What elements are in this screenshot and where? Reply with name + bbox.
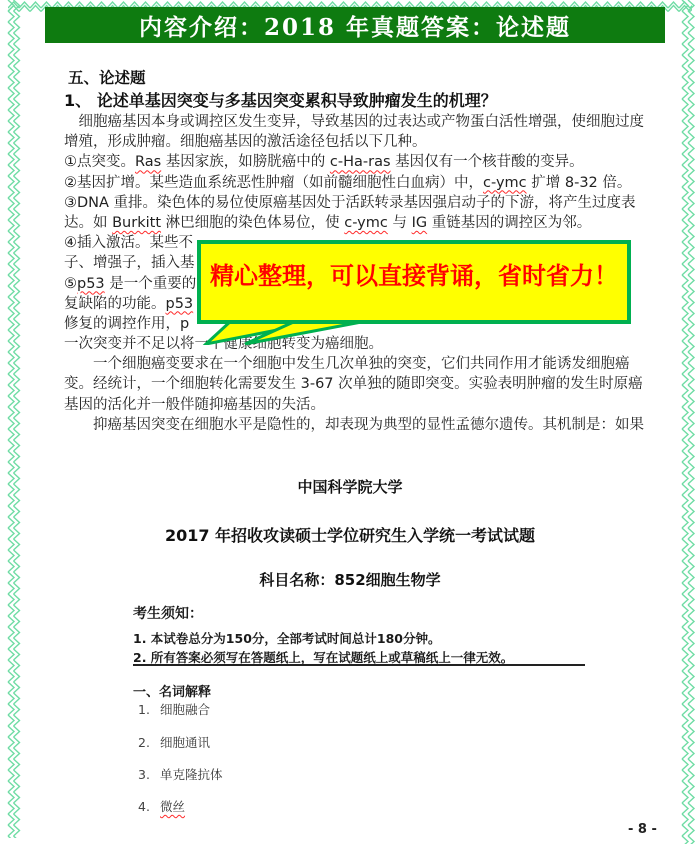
- text-run: 子、增强子，插入基: [64, 255, 195, 271]
- misspelled-word: 微丝: [160, 799, 185, 814]
- misspelled-word: c-ymc: [344, 215, 388, 231]
- text-run: 淋巴细胞的染色体易位，使: [161, 215, 344, 231]
- essay-line: 一个细胞癌变要求在一个细胞中发生几次单独的突变，它们共同作用才能诱发细胞癌: [64, 354, 646, 374]
- misspelled-word: p53: [77, 276, 105, 292]
- list-item-label: 微丝: [160, 799, 185, 814]
- list-item: 3.单克隆抗体: [138, 765, 223, 783]
- document-page: 内容介绍：2018 年真题答案：论述题 五、论述题 1、 论述单基因突变与多基因…: [0, 0, 700, 844]
- essay-line: 基因的活化并一般伴随抑癌基因的失活。: [64, 395, 646, 415]
- exam-title: 2017 年招收攻读硕士学位研究生入学统一考试试题: [0, 523, 700, 546]
- text-run: ③DNA 重排。染色体的易位使原癌基因处于活跃转录基因强启动子的下游，将产生过度…: [64, 195, 636, 211]
- essay-line: 变。经统计，一个细胞转化需要发生 3-67 次单独的随即突变。实验表明肿瘤的发生…: [64, 374, 646, 394]
- list-item-number: 3.: [138, 767, 160, 782]
- text-run: 细胞癌基因本身或调控区发生变异，导致基因的过表达或产物蛋白活性增强，使细胞过度: [79, 114, 645, 130]
- text-run: 增殖，形成肿瘤。细胞癌基因的激活途径包括以下几种。: [64, 134, 427, 150]
- text-run: 基因的活化并一般伴随抑癌基因的失活。: [64, 397, 325, 413]
- header-banner-title: 内容介绍：2018 年真题答案：论述题: [139, 9, 571, 42]
- notice-item: 1. 本试卷总分为150分，全部考试时间总计180分钟。: [133, 629, 440, 647]
- text-run: 基因仅有一个核苷酸的变异。: [391, 154, 584, 170]
- divider-rule: [133, 664, 585, 666]
- text-run: 扩增 8-32 倍。: [527, 175, 632, 191]
- text-run: 与: [388, 215, 412, 231]
- notice-heading: 考生须知：: [133, 603, 203, 623]
- text-run: 单克隆抗体: [160, 767, 223, 782]
- essay-line: 达。如 Burkitt 淋巴细胞的染色体易位，使 c-ymc 与 IG 重链基因…: [64, 213, 646, 233]
- page-number: - 8 -: [628, 822, 657, 837]
- list-item-number: 1.: [138, 702, 160, 717]
- essay-line: ③DNA 重排。染色体的易位使原癌基因处于活跃转录基因强启动子的下游，将产生过度…: [64, 193, 646, 213]
- text-run: ②基因扩增。某些造血系统恶性肿瘤（如前髓细胞性白血病）中，: [64, 175, 483, 191]
- callout-bubble: 精心整理，可以直接背诵，省时省力！: [197, 240, 631, 324]
- text-run: ①点突变。: [64, 154, 135, 170]
- essay-line: 抑癌基因突变在细胞水平是隐性的，却表现为典型的显性孟德尔遗传。其机制是：如果: [64, 415, 646, 435]
- essay-question: 1、 论述单基因突变与多基因突变累积导致肿瘤发生的机理？: [64, 89, 646, 112]
- callout-bubble-text: 精心整理，可以直接背诵，省时省力！: [201, 256, 627, 291]
- header-banner: 内容介绍：2018 年真题答案：论述题: [45, 7, 665, 43]
- list-item: 4.微丝: [138, 797, 185, 815]
- text-run: 基因家族，如膀胱癌中的: [161, 154, 330, 170]
- text-run: ⑤: [64, 276, 77, 292]
- list-item: 1.细胞融合: [138, 700, 210, 718]
- list-item: 2.细胞通讯: [138, 733, 210, 751]
- text-run: 达。如: [64, 215, 112, 231]
- text-run: 细胞通讯: [160, 735, 210, 750]
- text-run: 是一个重要的: [105, 276, 197, 292]
- essay-line: 细胞癌基因本身或调控区发生变异，导致基因的过表达或产物蛋白活性增强，使细胞过度: [64, 112, 646, 132]
- exam-subject: 科目名称：852细胞生物学: [0, 569, 700, 590]
- list-item-label: 单克隆抗体: [160, 767, 223, 782]
- text-run: 一个细胞癌变要求在一个细胞中发生几次单独的突变，它们共同作用才能诱发细胞癌: [93, 356, 630, 372]
- misspelled-word: IG: [412, 215, 428, 231]
- text-run: 抑癌基因突变在细胞水平是隐性的，却表现为典型的显性孟德尔遗传。其机制是：如果: [93, 417, 644, 433]
- list-item-label: 细胞通讯: [160, 735, 210, 750]
- list-item-number: 4.: [138, 799, 160, 814]
- text-run: ④插入激活。某些不: [64, 235, 193, 251]
- essay-line: ②基因扩增。某些造血系统恶性肿瘤（如前髓细胞性白血病）中，c-ymc 扩增 8-…: [64, 173, 646, 193]
- right-zigzag-border: [678, 0, 698, 844]
- text-run: 细胞融合: [160, 702, 210, 717]
- university-name: 中国科学院大学: [0, 476, 700, 497]
- text-run: 复缺陷的功能。: [64, 296, 166, 312]
- essay-line: ①点突变。Ras 基因家族，如膀胱癌中的 c-Ha-ras 基因仅有一个核苷酸的…: [64, 152, 646, 172]
- misspelled-word: c-ymc: [483, 175, 527, 191]
- text-run: 变。经统计，一个细胞转化需要发生 3-67 次单独的随即突变。实验表明肿瘤的发生…: [64, 376, 643, 392]
- list-item-number: 2.: [138, 735, 160, 750]
- text-run: 重链基因的调控区为邻。: [427, 215, 591, 231]
- essay-line: 增殖，形成肿瘤。细胞癌基因的激活途径包括以下几种。: [64, 132, 646, 152]
- notice-item: 2. 所有答案必须写在答题纸上，写在试题纸上或草稿纸上一律无效。: [133, 648, 513, 666]
- list-item-label: 细胞融合: [160, 702, 210, 717]
- misspelled-word: Ras: [135, 154, 161, 170]
- misspelled-word: Burkitt: [112, 215, 161, 231]
- question-section-heading: 一、名词解释: [133, 681, 211, 700]
- text-run: 修复的调控作用，p: [64, 316, 189, 332]
- misspelled-word: c-Ha-ras: [330, 154, 391, 170]
- essay-section-heading: 五、论述题: [64, 68, 646, 89]
- misspelled-word: p53: [166, 296, 194, 312]
- left-zigzag-border: [4, 0, 22, 838]
